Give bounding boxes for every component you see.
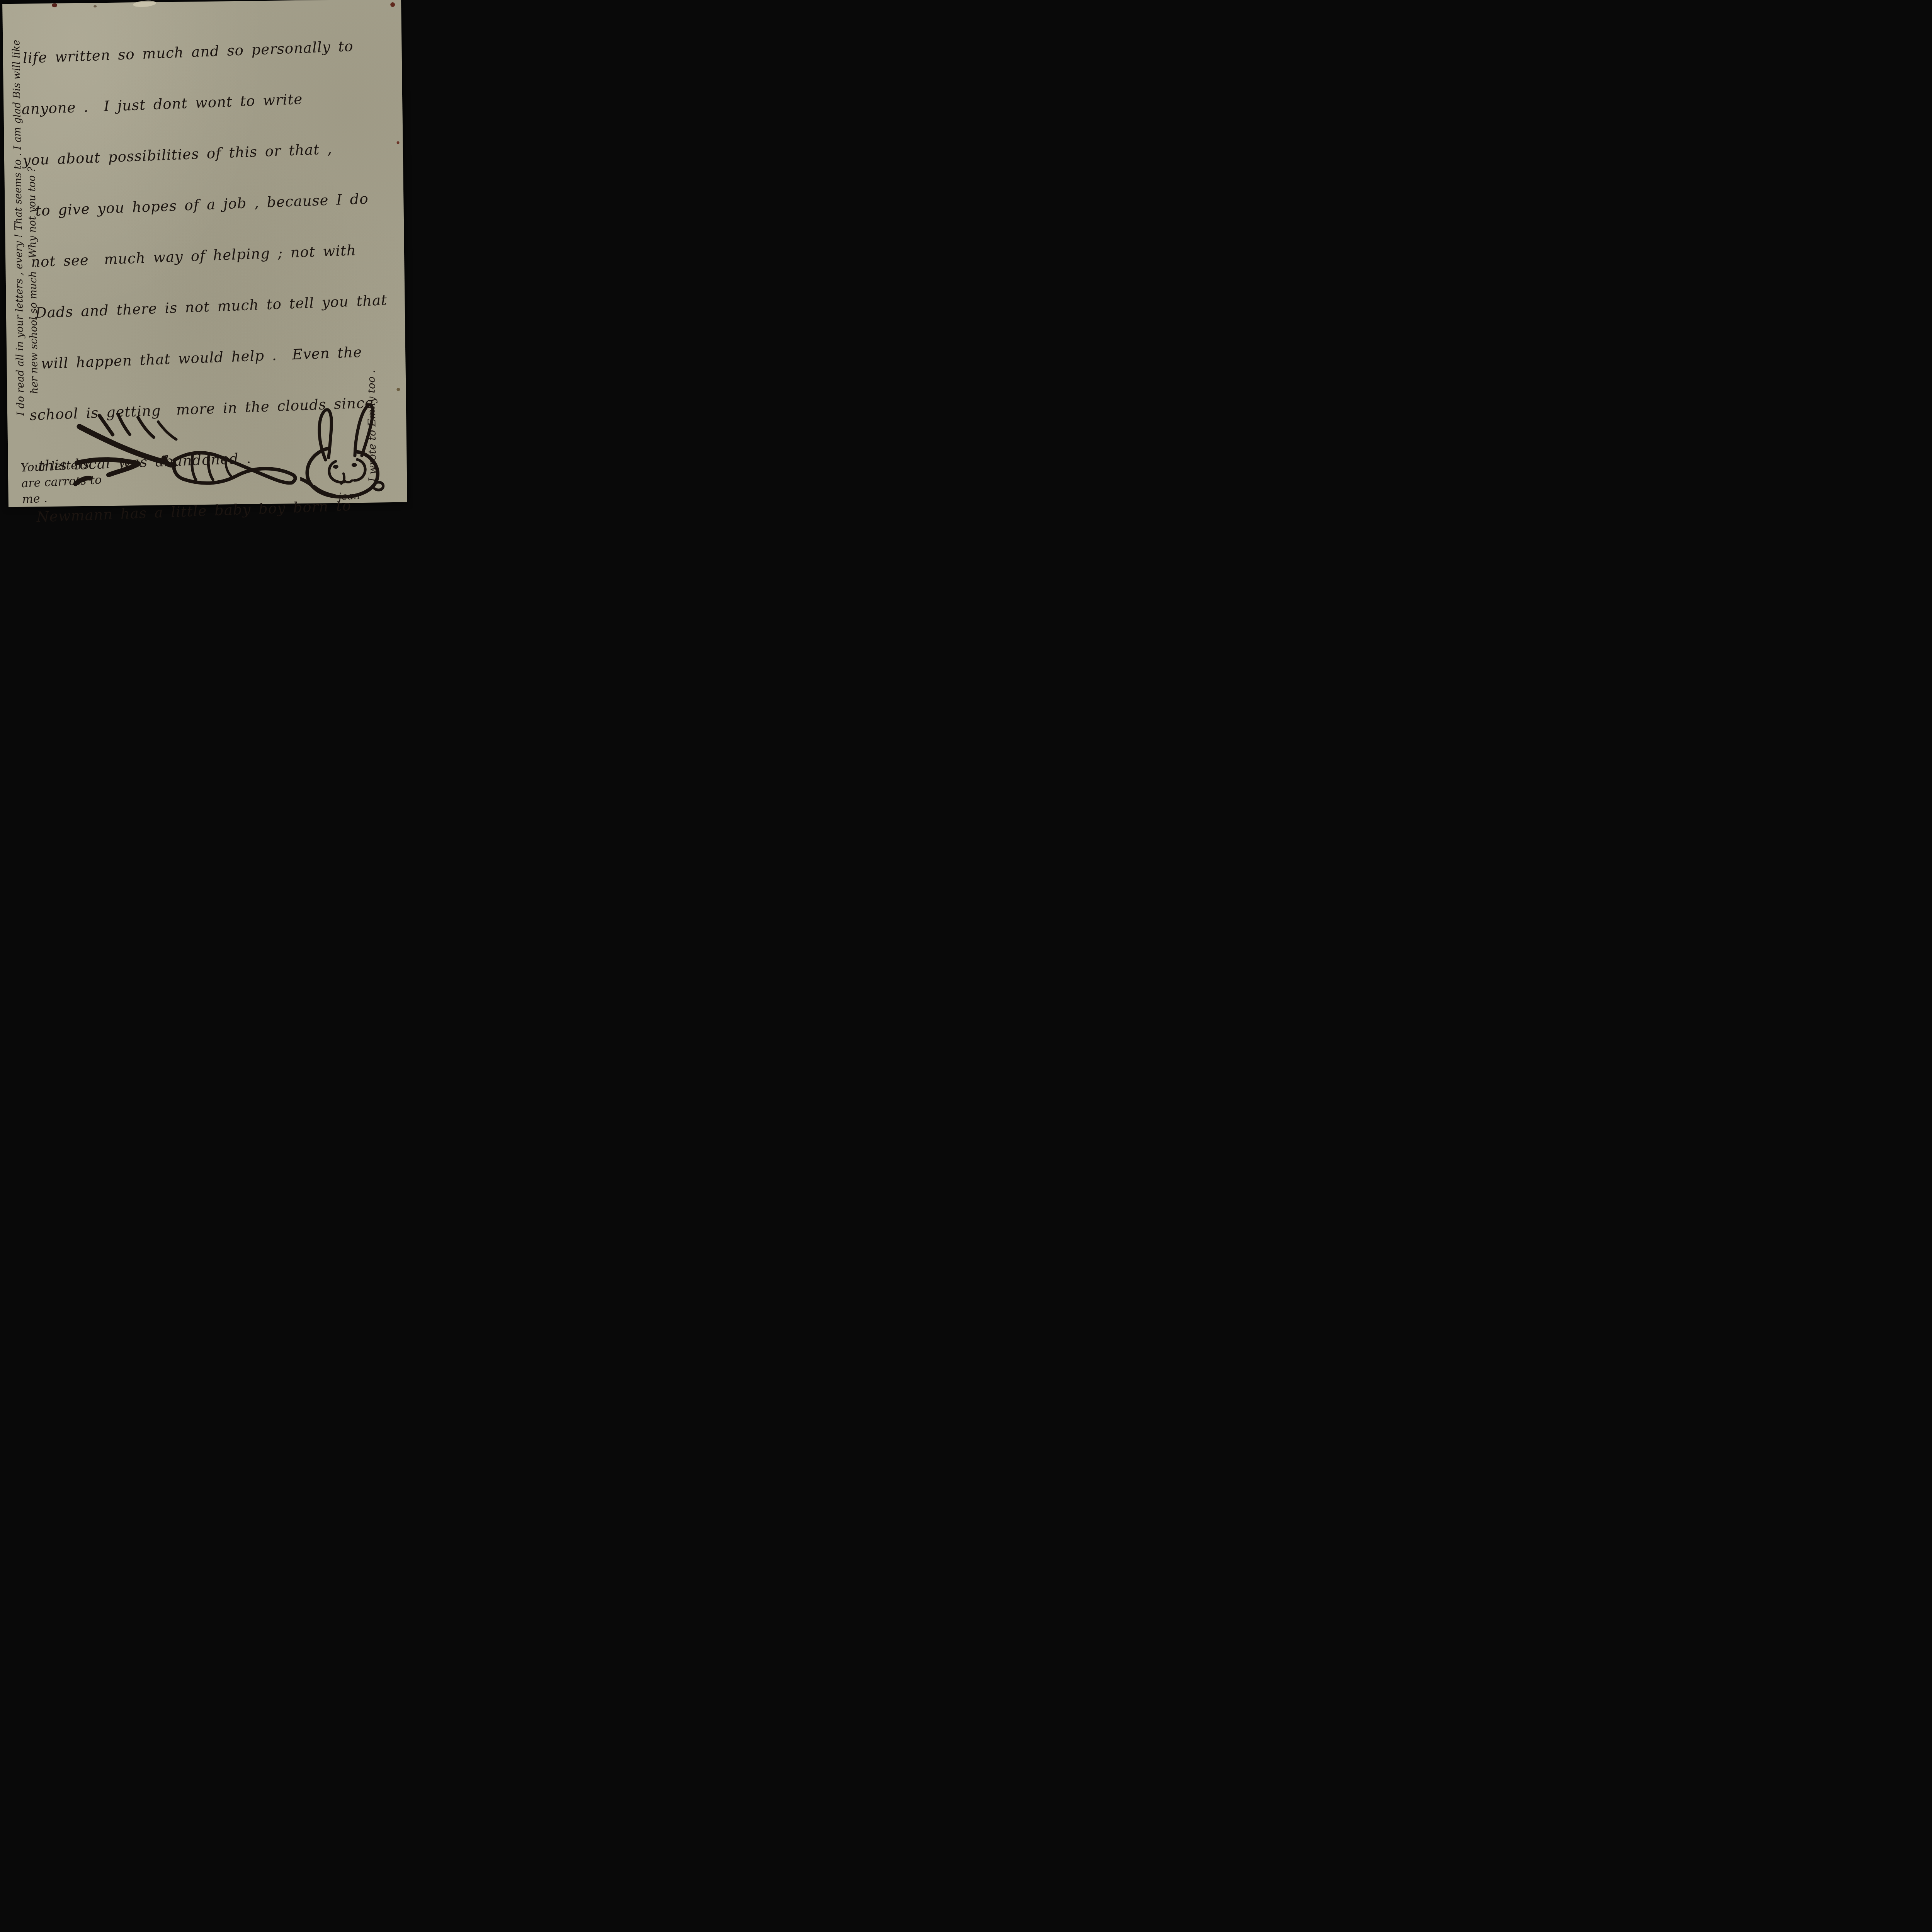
foxing-speck bbox=[397, 141, 400, 144]
letter-line: not see much way of helping ; not with bbox=[31, 241, 385, 271]
foxing-speck bbox=[52, 3, 57, 7]
letter-line: to give you hopes of a job , because I d… bbox=[35, 190, 383, 219]
rabbit-drawing: jean bbox=[299, 402, 398, 505]
rabbit-signature: jean bbox=[338, 490, 361, 503]
letter-line: will happen that would help . Even the bbox=[41, 343, 389, 372]
letter-line: life written so much and so personally t… bbox=[22, 37, 378, 67]
scan-background: { "letter": { "description": "handwritte… bbox=[0, 0, 413, 526]
paper-tear bbox=[133, 0, 156, 8]
foxing-speck bbox=[396, 388, 400, 391]
letter-line: Dads and there is not much to tell you t… bbox=[35, 292, 387, 321]
foxing-speck bbox=[390, 2, 395, 7]
ps-note: Your letters are carrots to me . bbox=[20, 455, 123, 507]
letter-line: anyone . I just dont wont to write bbox=[21, 88, 379, 118]
foxing-speck bbox=[94, 5, 97, 7]
letter-line: you about possibilities of this or that … bbox=[22, 139, 381, 169]
letter-page: I do read all in your letters , every ! … bbox=[2, 0, 407, 507]
